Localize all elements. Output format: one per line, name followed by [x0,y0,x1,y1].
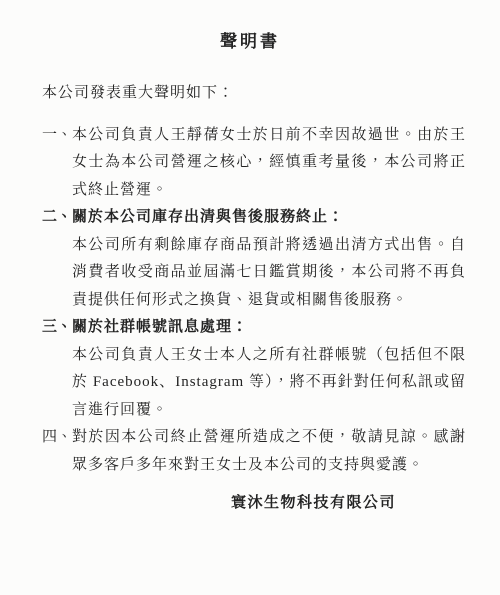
item-4-marker: 四、 [42,424,72,452]
item-3-text: 本公司負責人王女士本人之所有社群帳號（包括但不限於 Facebook、Insta… [72,342,466,425]
item-2-heading: 關於本公司庫存出清與售後服務終止： [72,204,466,232]
item-3-heading: 關於社群帳號訊息處理： [72,314,466,342]
item-4-text: 對於因本公司終止營運所造成之不便，敬請見諒。感謝眾多客戶多年來對王女士及本公司的… [72,424,466,479]
company-signature: 寰沐生物科技有限公司 [0,491,396,515]
intro-line: 本公司發表重大聲明如下： [42,80,464,108]
statement-item-3: 三、 關於社群帳號訊息處理： 本公司負責人王女士本人之所有社群帳號（包括但不限於… [42,314,466,424]
item-3-marker: 三、 [42,314,72,342]
statement-item-2: 二、 關於本公司庫存出清與售後服務終止： 本公司所有剩餘庫存商品預計將透過出清方… [42,204,466,314]
statement-document-page: 聲明書 本公司發表重大聲明如下： 一、 本公司負責人王靜蒨女士於日前不幸因故過世… [0,0,500,595]
statement-item-1: 一、 本公司負責人王靜蒨女士於日前不幸因故過世。由於王女士為本公司營運之核心，經… [42,122,466,205]
item-1-text: 本公司負責人王靜蒨女士於日前不幸因故過世。由於王女士為本公司營運之核心，經慎重考… [72,122,466,205]
document-title: 聲明書 [0,30,500,54]
statement-item-4: 四、 對於因本公司終止營運所造成之不便，敬請見諒。感謝眾多客戶多年來對王女士及本… [42,424,466,479]
item-1-marker: 一、 [42,122,72,150]
statement-items: 一、 本公司負責人王靜蒨女士於日前不幸因故過世。由於王女士為本公司營運之核心，經… [42,122,466,480]
item-2-text: 本公司所有剩餘庫存商品預計將透過出清方式出售。自消費者收受商品並屆滿七日鑑賞期後… [72,232,466,315]
item-2-marker: 二、 [42,204,72,232]
